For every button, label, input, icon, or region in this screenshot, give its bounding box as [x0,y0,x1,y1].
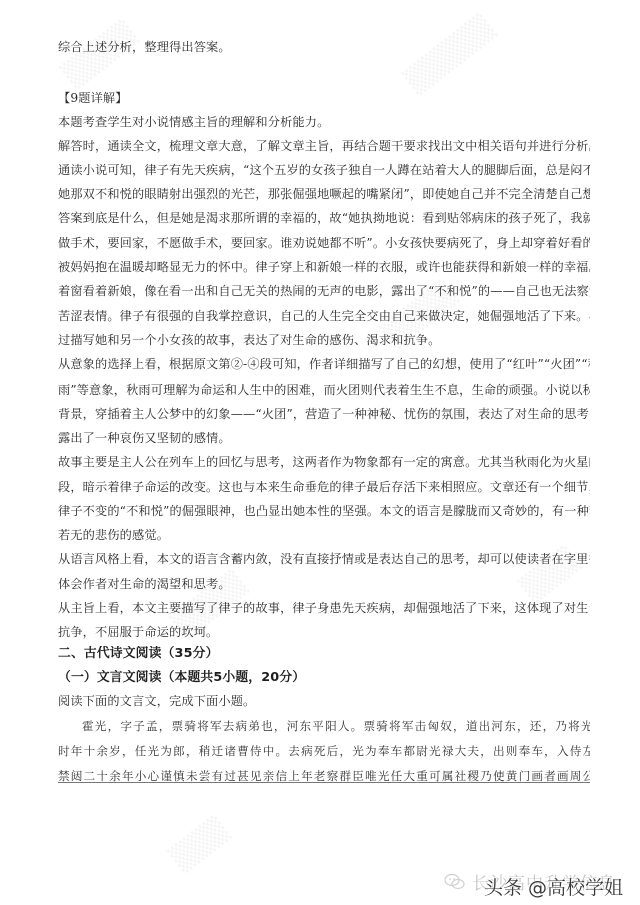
body-text-line: 背景，穿插着主人公梦中的幻象——“火团”，营造了一种神秘、忧伤的氛围，表达了对生… [58,406,590,422]
classical-text-line: 时年十余岁，任光为郎，稍迁诸曹侍中。去病死后，光为奉车都尉光禄大夫，出则奉车，入… [58,743,590,759]
background-watermark: ▒▒▒▒ [59,19,140,92]
body-text-line: 本题考查学生对小说情感主旨的理解和分析能力。 [58,114,590,130]
background-watermark: ▒▒▒ [167,815,233,876]
body-text-line: 露出了一种哀伤又坚韧的感情。 [58,430,590,446]
classical-text-underlined-line: 禁闼二十余年小心谨慎未尝有过甚见亲信上年老察群臣唯光任大重可属社稷乃使黄门画者画… [58,768,590,784]
body-text-line: 抗争，不屈服于命运的坎坷。 [58,624,590,640]
body-text-line: 通读小说可知，律子有先天疾病，“这个五岁的女孩子独自一人蹲在站着大人的腿脚后面，… [58,162,590,178]
wechat-icon [444,873,466,891]
body-text-line: 从主旨上看，本文主要描写了律子的故事，律子身患先天疾病，却倔强地活了下来，这体现… [58,600,590,616]
subsection-heading: （一）文言文阅读（本题共5小题，20分） [58,670,590,686]
body-text-line: 雨”等意象，秋雨可理解为命运和人生中的困难，而火团则代表着生生不息，生命的顽强。… [58,382,590,398]
body-text-line: 从意象的选择上看，根据原文第②-④段可知，作者详细描写了自己的幻想，使用了“红叶… [58,356,590,372]
body-text-line: 做手术，要回家，不愿做手术，要回家。谁劝说她都不听”。小女孩快要病死了，身上却穿… [58,235,590,251]
body-text-line: 被妈妈抱在温暖却略显无力的怀中。律子穿上和新娘一样的衣服，或许也能获得和新娘一样… [58,259,590,275]
watermark-main-text: 头条 @高校学姐 [484,873,623,900]
body-text-line: 故事主要是主人公在列车上的回忆与思考，这两者作为物象都有一定的寓意。尤其当秋雨化… [58,454,590,470]
body-text-line: 律子不变的“不和悦”的倔强眼神，也凸显出她本性的坚强。本文的语言是朦胧而又奇妙的… [58,503,590,519]
section-heading: 二、古代诗文阅读（35分） [58,646,590,662]
classical-text-line: 霍光，字子孟，票骑将军去病弟也，河东平阳人。票骑将军击匈奴，道出河东，还，乃将光… [82,718,590,734]
body-text-line: 答案到底是什么，但是她是渴求那所谓的幸福的，故“她执拗地说：看到贴邻病床的孩子死… [58,210,590,226]
body-text-line: 过描写她和另一个小女孩的故事，表达了对生命的感伤、渴求和抗争。 [58,332,590,348]
body-text-line: 综合上述分析，整理得出答案。 [58,39,590,55]
body-text-line: 她那双不和悦的眼睛射出强烈的光芒，那张倔强地噘起的嘴紧闭”，即使她自己并不完全清… [58,186,590,202]
body-text-line: 苦涩表情。律子有很强的自我掌控意识，自己的人生完全交由自己来做决定，她倔强地活了… [58,308,590,324]
source-watermark: 长沙高中升学信息 头条 @高校学姐 [444,869,634,895]
body-text-line: 着窗看着新娘，像在看一出和自己无关的热闹的无声的电影，露出了“不和悦”的——自己… [58,283,590,299]
document-page: ▒▒▒▒ ▒▒▒▒▒ ▒▒▒▒ ▒▒▒▒ ▒▒▒ ▒▒▒ 综合上述分析，整理得出… [0,0,640,905]
body-text-line: 体会作者对生命的渴望和思考。 [58,576,590,592]
classical-text-plain: 时年十余岁，任光为郎，稍迁诸曹侍中。去病死后，光为奉车都尉光禄大夫，出则奉车，入… [58,744,590,758]
body-text-line: 若无的悲伤的感觉。 [58,527,590,543]
body-text-line: 段，暗示着律子命运的改变。这也与本来生命垂危的律子最后存活下来相照应。文章还有一… [58,479,590,495]
background-watermark: ▒▒▒▒▒ [401,12,498,97]
body-text-line: 从语言风格上看，本文的语言含蓄内敛，没有直接抒情或是表达自己的思考，却可以使读者… [58,551,590,567]
instruction-text: 阅读下面的文言文，完成下面小题。 [58,693,590,709]
body-text-line: 解答时，通读全文，梳理文章大意，了解文章主旨，再结合题干要求找出文中相关语句并进… [58,138,590,154]
question-detail-heading: 【9题详解】 [58,90,590,106]
